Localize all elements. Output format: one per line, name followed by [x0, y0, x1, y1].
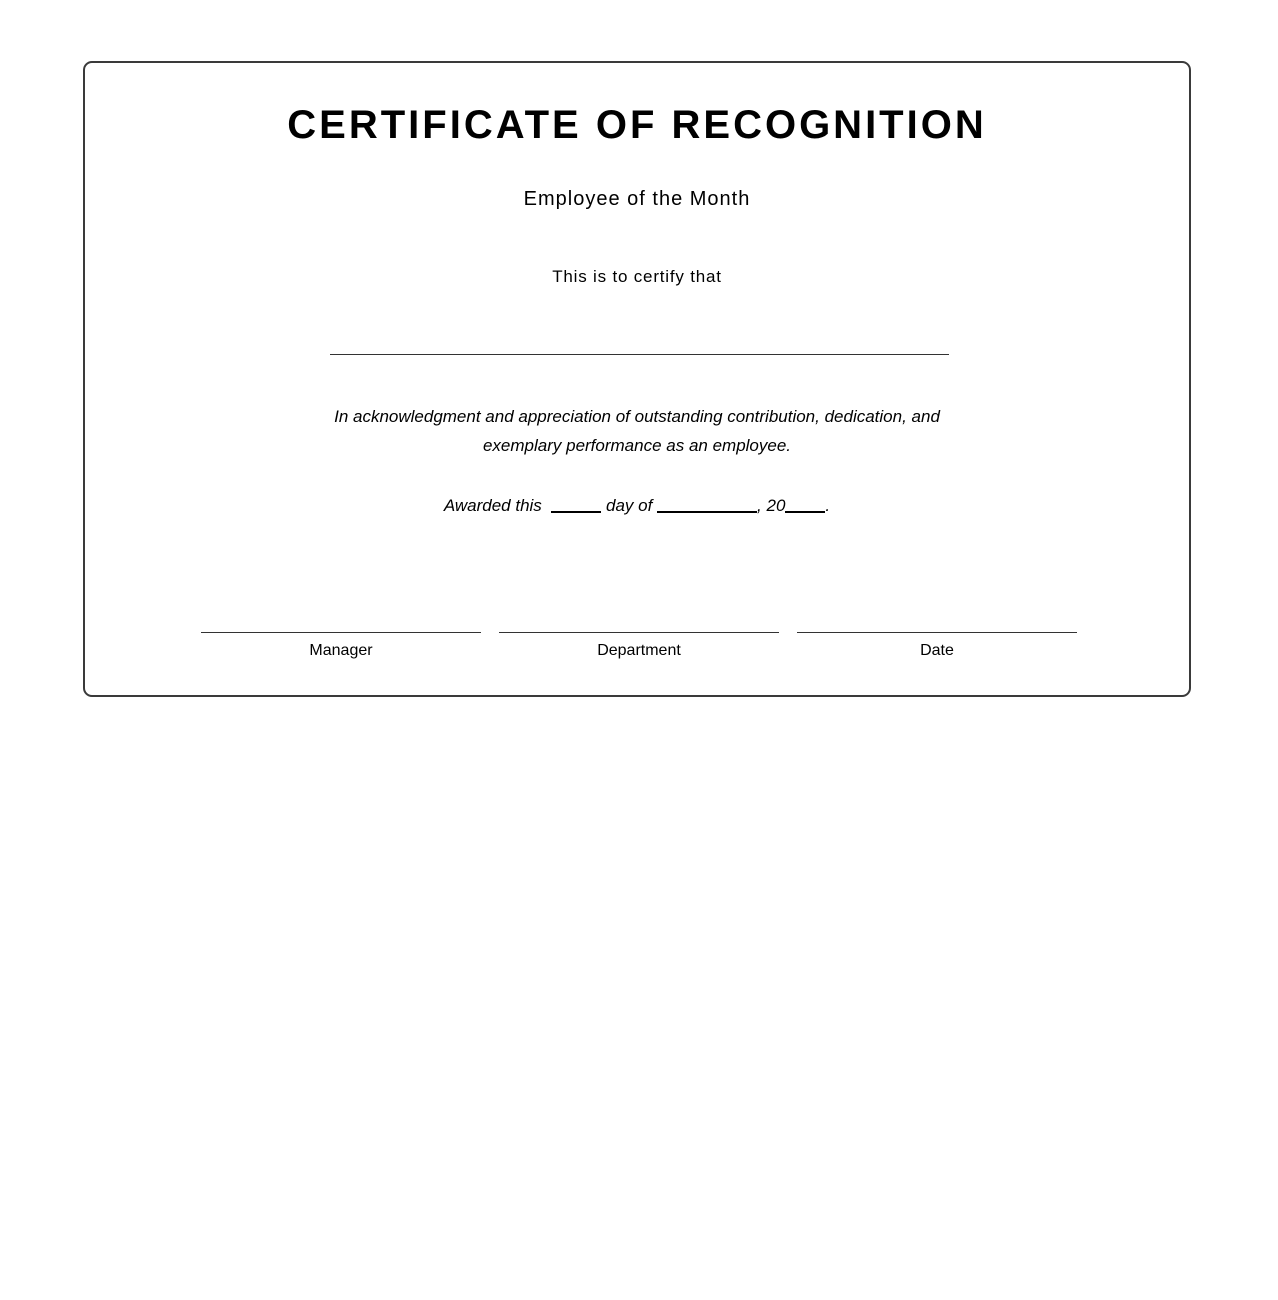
- signature-label: Department: [499, 641, 779, 661]
- certificate-title: CERTIFICATE OF RECOGNITION: [85, 101, 1189, 149]
- signature-block: Manager Department Date: [201, 632, 1077, 661]
- certify-text: This is to certify that: [85, 266, 1189, 288]
- certificate-frame: CERTIFICATE OF RECOGNITION Employee of t…: [83, 61, 1191, 697]
- awarded-middle: day of: [601, 496, 657, 515]
- awarded-prefix: Awarded this: [444, 496, 547, 515]
- awarded-suffix: .: [825, 496, 830, 515]
- certificate-subtitle: Employee of the Month: [85, 187, 1189, 211]
- signature-label: Date: [797, 641, 1077, 661]
- day-blank: [551, 493, 601, 513]
- acknowledgment-line-1: In acknowledgment and appreciation of ou…: [85, 402, 1189, 431]
- acknowledgment-line-2: exemplary performance as an employee.: [85, 431, 1189, 460]
- signature-manager: Manager: [201, 632, 481, 661]
- acknowledgment-text: In acknowledgment and appreciation of ou…: [85, 402, 1189, 460]
- signature-department: Department: [499, 632, 779, 661]
- signature-label: Manager: [201, 641, 481, 661]
- recipient-name-line: [330, 354, 949, 355]
- year-prefix: , 20: [757, 496, 785, 515]
- signature-date: Date: [797, 632, 1077, 661]
- year-blank: [785, 493, 825, 513]
- awarded-line: Awarded this day of , 20.: [85, 491, 1189, 518]
- signature-line: [201, 632, 481, 633]
- signature-line: [499, 632, 779, 633]
- month-blank: [657, 493, 757, 513]
- signature-line: [797, 632, 1077, 633]
